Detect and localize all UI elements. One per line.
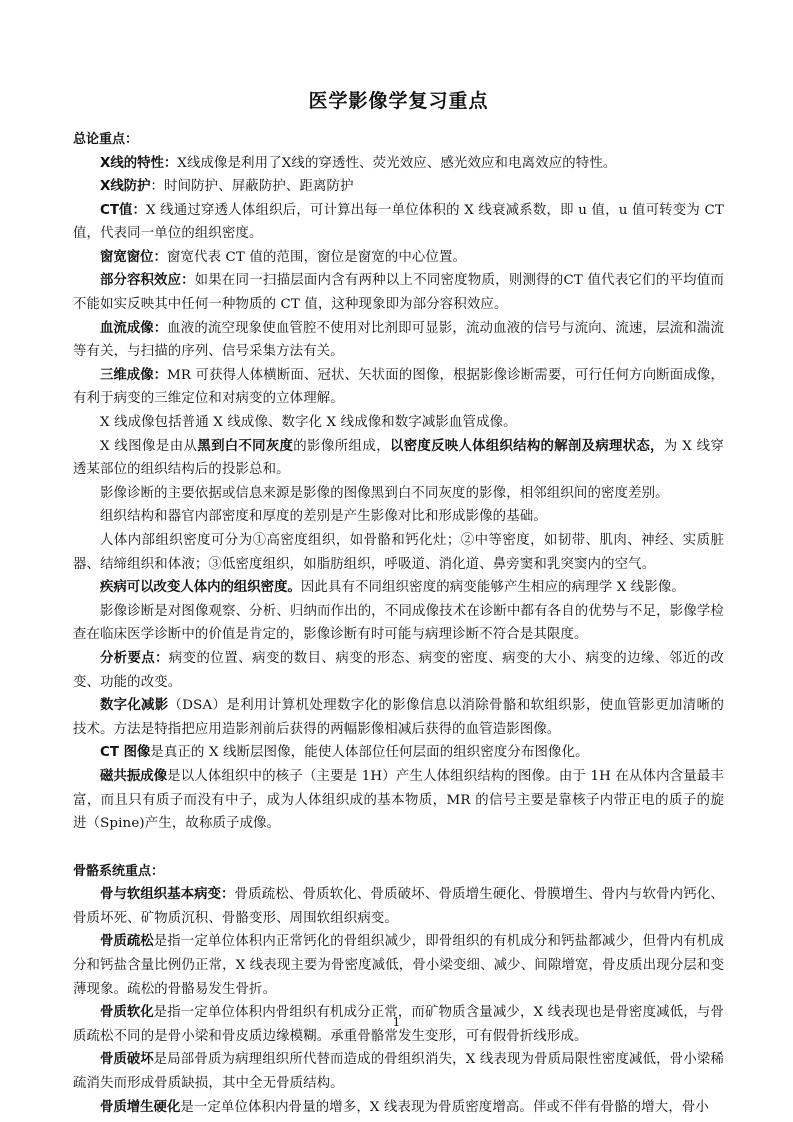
emphasis: 黑到白不同灰度 [197, 439, 293, 454]
section-spacer [73, 836, 724, 860]
paragraph: 影像诊断的主要依据或信息来源是影像的图像黑到白不同灰度的影像，相邻组织间的密度差… [73, 482, 724, 506]
paragraph: 骨与软组织基本病变：骨质疏松、骨质软化、骨质破坏、骨质增生硬化、骨膜增生、骨内与… [73, 883, 724, 930]
term: 部分容积效应： [100, 273, 195, 288]
paragraph: X 线图像是由从黑到白不同灰度的影像所组成，以密度反映人体组织结构的解剖及病理状… [73, 435, 724, 482]
paragraph: 骨质破坏是局部骨质为病理组织所代替而造成的骨组织消失，X 线表现为骨质局限性密度… [73, 1048, 724, 1095]
term: 数字化减影 [100, 698, 168, 713]
paragraph: 骨质增生硬化是一定单位体积内骨量的增多，X 线表现为骨质密度增高。伴或不伴有骨骼… [73, 1096, 724, 1120]
term: 骨与软组织基本病变： [100, 887, 235, 902]
paragraph: 三维成像：MR 可获得人体横断面、冠状、矢状面的图像，根据影像诊断需要，可行任何… [73, 364, 724, 411]
section-heading: 总论重点： [73, 128, 724, 152]
paragraph: 骨质疏松是指一定单位体积内正常钙化的骨组织减少，即骨组织的有机成分和钙盐都减少，… [73, 930, 724, 1001]
section-skeletal: 骨骼系统重点： 骨与软组织基本病变：骨质疏松、骨质软化、骨质破坏、骨质增生硬化、… [73, 860, 724, 1119]
page-number: 1 [0, 1015, 793, 1029]
paragraph: 窗宽窗位：窗宽代表 CT 值的范围，窗位是窗宽的中心位置。 [73, 246, 724, 270]
term: X线防护 [100, 179, 151, 194]
paragraph: 分析要点：病变的位置、病变的数目、病变的形态、病变的密度、病变的大小、病变的边缘… [73, 647, 724, 694]
term: 三维成像： [100, 368, 167, 383]
paragraph: 组织结构和器官内部密度和厚度的差别是产生影像对比和形成影像的基础。 [73, 505, 724, 529]
paragraph: 影像诊断是对图像观察、分析、归纳而作出的，不同成像技术在诊断中都有各自的优势与不… [73, 600, 724, 647]
term: 骨质增生硬化 [100, 1100, 180, 1115]
paragraph: X线的特性：X线成像是利用了X线的穿透性、荧光效应、感光效应和电离效应的特性。 [73, 152, 724, 176]
term: 血流成像： [100, 321, 167, 336]
term: 分析要点： [100, 651, 169, 666]
paragraph: 人体内部组织密度可分为①高密度组织，如骨骼和钙化灶；②中等密度，如韧带、肌肉、神… [73, 529, 724, 576]
term: 窗宽窗位： [100, 250, 167, 265]
document-page: 医学影像学复习重点 总论重点： X线的特性：X线成像是利用了X线的穿透性、荧光效… [73, 88, 724, 1119]
section-general: 总论重点： X线的特性：X线成像是利用了X线的穿透性、荧光效应、感光效应和电离效… [73, 128, 724, 836]
term: CT值： [100, 203, 146, 218]
paragraph: 数字化减影（DSA）是利用计算机处理数字化的影像信息以消除骨骼和软组织影，使血管… [73, 694, 724, 741]
paragraph: CT值：X 线通过穿透人体组织后，可计算出每一单位体积的 X 线衰减系数，即 u… [73, 199, 724, 246]
paragraph: 血流成像：血液的流空现象使血管腔不使用对比剂即可显影，流动血液的信号与流向、流速… [73, 317, 724, 364]
paragraph: CT 图像是真正的 X 线断层图像，能使人体部位任何层面的组织密度分布图像化。 [73, 741, 724, 765]
term: CT 图像 [100, 745, 150, 760]
paragraph: 疾病可以改变人体内的组织密度。因此具有不同组织密度的病变能够产生相应的病理学 X… [73, 576, 724, 600]
emphasis: 以密度反映人体组织结构的解剖及病理状态， [390, 439, 664, 454]
document-title: 医学影像学复习重点 [73, 88, 724, 114]
paragraph: 部分容积效应：如果在同一扫描层面内含有两种以上不同密度物质，则测得的CT 值代表… [73, 269, 724, 316]
term: 骨质破坏 [100, 1052, 154, 1067]
term: 磁共振成像 [100, 769, 167, 784]
paragraph: 磁共振成像是以人体组织中的核子（主要是 1H）产生人体组织结构的图像。由于 1H… [73, 765, 724, 836]
term: 骨质疏松 [100, 934, 154, 949]
term: 疾病可以改变人体内的组织密度。 [100, 580, 301, 595]
paragraph: X 线成像包括普通 X 线成像、数字化 X 线成像和数字减影血管成像。 [73, 411, 724, 435]
term: X线的特性： [100, 156, 177, 171]
section-heading: 骨骼系统重点： [73, 860, 724, 884]
paragraph: X线防护：时间防护、屏蔽防护、距离防护 [73, 175, 724, 199]
